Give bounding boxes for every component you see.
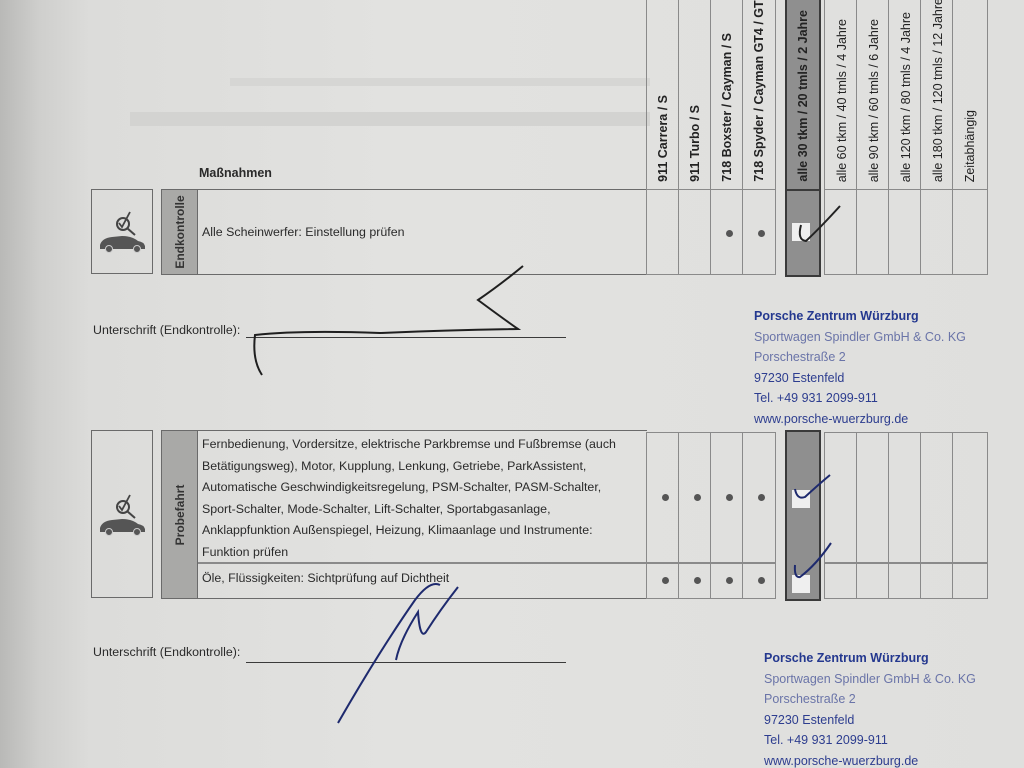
dealer-stamp-1: Porsche Zentrum Würzburg Sportwagen Spin… bbox=[754, 306, 966, 429]
show-through-bar bbox=[130, 112, 650, 126]
header-model-911-carrera: 911 Carrera / S bbox=[656, 95, 670, 182]
task-line: Anklappfunktion Außenspiegel, Heizung, K… bbox=[202, 520, 616, 542]
task-line: Funktion prüfen bbox=[202, 542, 616, 564]
task-funktion-pruefen: Fernbedienung, Vordersitze, elektrische … bbox=[202, 434, 616, 563]
checkbox-funktion-pruefen[interactable] bbox=[792, 490, 810, 508]
stamp-website: www.porsche-wuerzburg.de bbox=[764, 751, 976, 768]
section-probefahrt: Probefahrt Fernbedienung, Vordersitze, e… bbox=[161, 430, 647, 599]
task-dichtheit: Öle, Flüssigkeiten: Sichtprüfung auf Dic… bbox=[202, 568, 449, 590]
stamp-city: 97230 Estenfeld bbox=[764, 710, 976, 731]
header-interval-60tkm: alle 60 tkm / 40 tmls / 4 Jahre bbox=[835, 19, 849, 182]
row-probefahrt-grid bbox=[646, 432, 988, 599]
signature-scribble-1 bbox=[254, 266, 523, 375]
stamp-name: Porsche Zentrum Würzburg bbox=[764, 648, 976, 669]
model-dot bbox=[726, 230, 733, 237]
stamp-company: Sportwagen Spindler GmbH & Co. KG bbox=[754, 327, 966, 348]
column-headers: 911 Carrera / S 911 Turbo / S 718 Boxste… bbox=[646, 0, 988, 190]
header-interval-120tkm: alle 120 tkm / 80 tmls / 4 Jahre bbox=[899, 12, 913, 182]
row-endkontrolle-grid bbox=[646, 189, 988, 275]
stamp-street: Porschestraße 2 bbox=[764, 689, 976, 710]
signature-line-2[interactable] bbox=[246, 662, 566, 663]
signature-label-2: Unterschrift (Endkontrolle): bbox=[93, 645, 240, 659]
stamp-city: 97230 Estenfeld bbox=[754, 368, 966, 389]
checkbox-dichtheit[interactable] bbox=[792, 575, 810, 593]
model-dot bbox=[758, 494, 765, 501]
task-line: Betätigungsweg), Motor, Kupplung, Lenkun… bbox=[202, 456, 616, 478]
stamp-website: www.porsche-wuerzburg.de bbox=[754, 409, 966, 430]
task-scheinwerfer: Alle Scheinwerfer: Einstellung prüfen bbox=[202, 222, 405, 244]
section-icon-box-endkontrolle bbox=[91, 189, 153, 274]
header-zeitabhaengig: Zeitabhängig bbox=[963, 110, 977, 182]
header-interval-180tkm: alle 180 tkm / 120 tmls / 12 Jahre bbox=[931, 0, 945, 182]
dealer-stamp-2: Porsche Zentrum Würzburg Sportwagen Spin… bbox=[764, 648, 976, 768]
stamp-company: Sportwagen Spindler GmbH & Co. KG bbox=[764, 669, 976, 690]
model-dot bbox=[758, 230, 765, 237]
model-dot bbox=[694, 494, 701, 501]
section-endkontrolle: Endkontrolle Alle Scheinwerfer: Einstell… bbox=[161, 189, 647, 275]
category-label-endkontrolle: Endkontrolle bbox=[173, 195, 187, 268]
task-line: Sport-Schalter, Mode-Schalter, Lift-Scha… bbox=[202, 499, 616, 521]
model-dot bbox=[726, 577, 733, 584]
header-interval-90tkm: alle 90 tkm / 60 tmls / 6 Jahre bbox=[867, 19, 881, 182]
stamp-phone: Tel. +49 931 2099-911 bbox=[754, 388, 966, 409]
header-model-718-spyder: 718 Spyder / Cayman GT4 / GTS bbox=[752, 0, 766, 182]
stamp-street: Porschestraße 2 bbox=[754, 347, 966, 368]
row-divider bbox=[198, 562, 647, 564]
signature-label-1: Unterschrift (Endkontrolle): bbox=[93, 323, 240, 337]
model-dot bbox=[726, 494, 733, 501]
header-interval-30tkm: alle 30 tkm / 20 tmls / 2 Jahre bbox=[796, 10, 810, 182]
header-model-911-turbo: 911 Turbo / S bbox=[688, 105, 702, 182]
model-dot bbox=[694, 577, 701, 584]
model-dot bbox=[758, 577, 765, 584]
task-line: Automatische Geschwindigkeitsregelung, P… bbox=[202, 477, 616, 499]
header-model-718-boxster: 718 Boxster / Cayman / S bbox=[720, 33, 734, 182]
checkbox-scheinwerfer[interactable] bbox=[792, 223, 810, 241]
section-icon-box-probefahrt bbox=[91, 430, 153, 598]
task-line: Fernbedienung, Vordersitze, elektrische … bbox=[202, 434, 616, 456]
show-through-text bbox=[230, 78, 650, 86]
car-inspection-icon bbox=[92, 190, 152, 273]
stamp-name: Porsche Zentrum Würzburg bbox=[754, 306, 966, 327]
massnahmen-label: Maßnahmen bbox=[199, 166, 272, 180]
car-inspection-icon bbox=[92, 431, 152, 597]
model-dot bbox=[662, 494, 669, 501]
category-label-probefahrt: Probefahrt bbox=[173, 484, 187, 545]
model-dot bbox=[662, 577, 669, 584]
stamp-phone: Tel. +49 931 2099-911 bbox=[764, 730, 976, 751]
signature-scribble-2 bbox=[338, 584, 458, 723]
signature-line-1[interactable] bbox=[246, 337, 566, 338]
